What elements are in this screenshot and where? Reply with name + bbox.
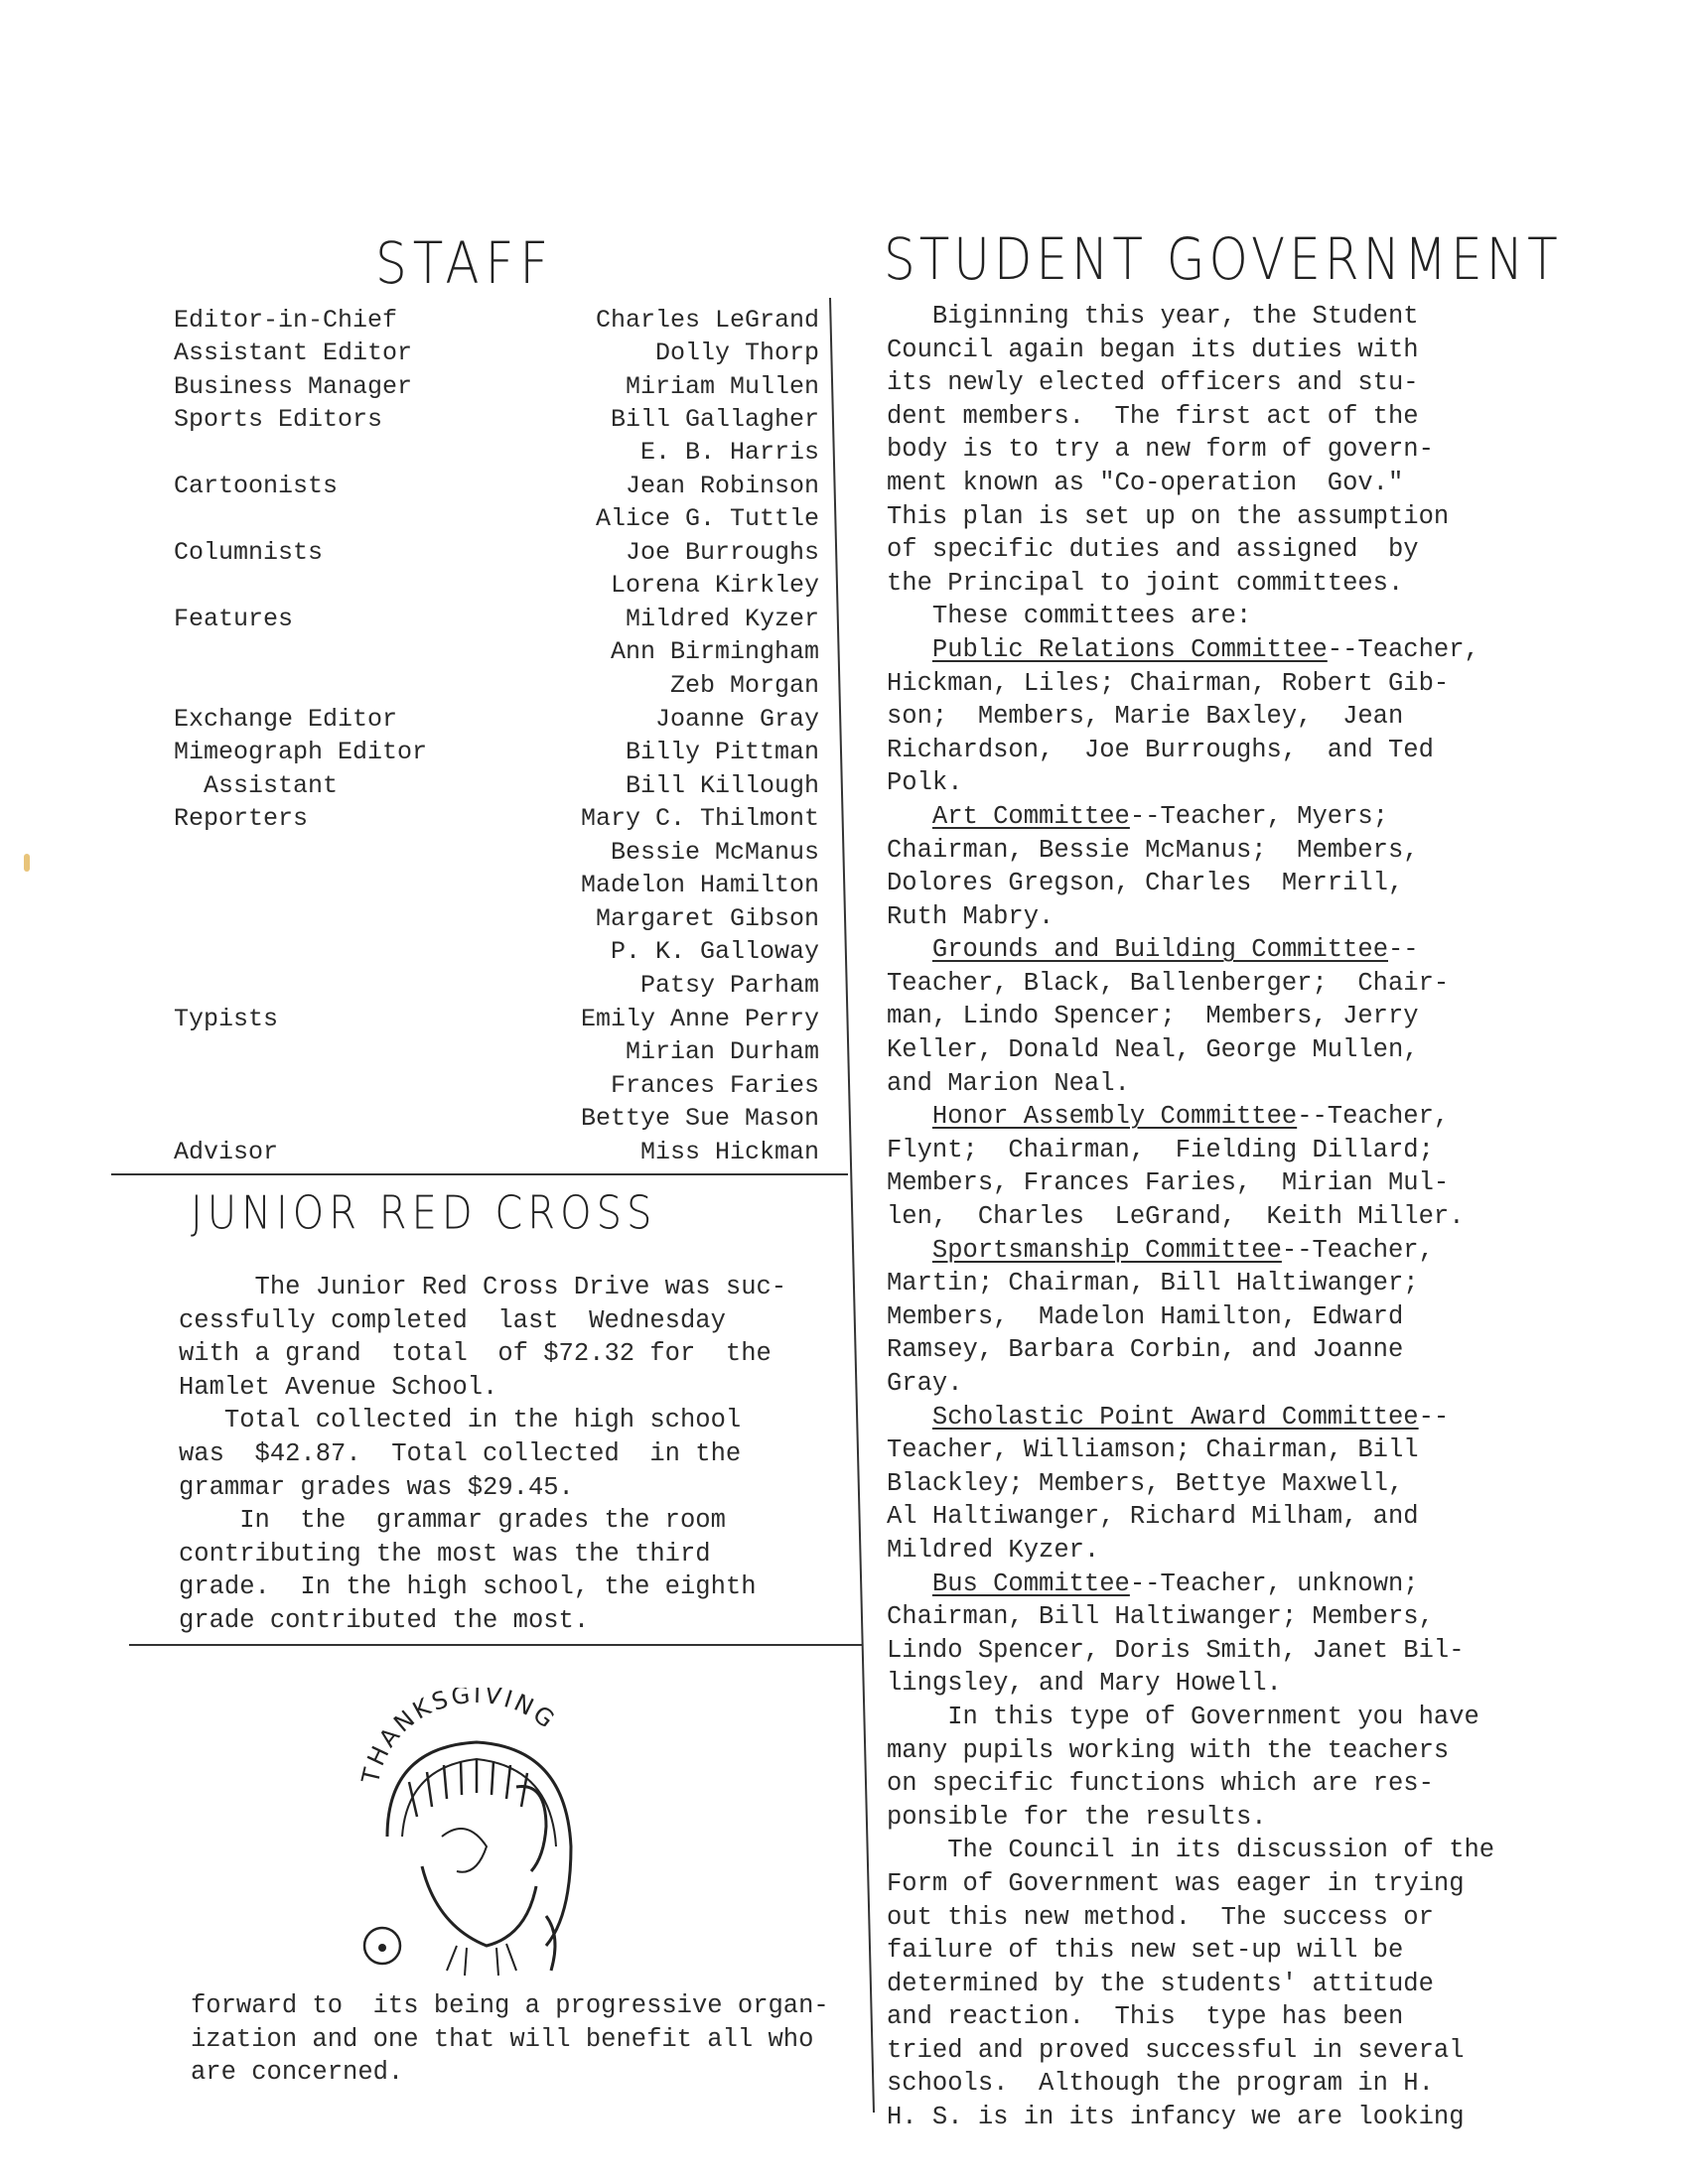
text-line: schools. Although the program in H. [887, 2067, 1494, 2101]
red-cross-article: The Junior Red Cross Drive was suc-cessf… [179, 1271, 786, 1638]
committee-line: Lindo Spencer, Doris Smith, Janet Bil- [887, 1634, 1494, 1668]
text-line: and reaction. This type has been [887, 2000, 1494, 2034]
text-line: ponsible for the results. [887, 1801, 1494, 1835]
committee-line: len, Charles LeGrand, Keith Miller. [887, 1200, 1494, 1234]
text-line: The Council in its discussion of the [887, 1834, 1494, 1867]
text-line: H. S. is in its infancy we are looking [887, 2101, 1494, 2134]
text-line: Biginning this year, the Student [887, 300, 1494, 334]
text-line: tried and proved successful in several [887, 2034, 1494, 2068]
text-line: failure of this new set-up will be [887, 1934, 1494, 1968]
committee-line: Chairman, Bill Haltiwanger; Members, [887, 1600, 1494, 1634]
committee-name: Honor Assembly Committee [932, 1102, 1297, 1131]
text-line: the Principal to joint committees. [887, 567, 1494, 601]
committee-teacher: --Teacher, [1297, 1102, 1449, 1131]
committee-heading-line: Grounds and Building Committee-- [887, 933, 1494, 967]
continuation-text: forward to its being a progressive organ… [191, 1989, 829, 2090]
text-line: was $42.87. Total collected in the [179, 1437, 786, 1471]
committee-teacher: -- [1388, 935, 1419, 964]
committee-line: Keller, Donald Neal, George Mullen, [887, 1033, 1494, 1067]
staff-bottom-rule [111, 1173, 848, 1175]
text-line: grammar grades was $29.45. [179, 1471, 786, 1505]
text-line: Hamlet Avenue School. [179, 1371, 786, 1405]
committee-teacher: --Teacher, [1328, 635, 1479, 664]
committee-name: Bus Committee [932, 1570, 1130, 1598]
text-line: dent members. The first act of the [887, 400, 1494, 434]
text-line: In the grammar grades the room [179, 1504, 786, 1538]
text-line: on specific functions which are res- [887, 1767, 1494, 1801]
text-line: Form of Government was eager in trying [887, 1867, 1494, 1901]
text-line: grade. In the high school, the eighth [179, 1570, 786, 1604]
paper-stain [24, 854, 30, 872]
red-cross-bottom-rule [129, 1644, 862, 1646]
committee-heading-line: Art Committee--Teacher, Myers; [887, 800, 1494, 834]
text-line: Total collected in the high school [179, 1404, 786, 1437]
committee-heading-line: Scholastic Point Award Committee-- [887, 1401, 1494, 1434]
committee-line: Teacher, Black, Ballenberger; Chair- [887, 967, 1494, 1001]
text-line: many pupils working with the teachers [887, 1734, 1494, 1768]
turkey-illustration-icon: THANKSGIVING [348, 1688, 606, 1985]
committee-teacher: -- [1419, 1403, 1450, 1432]
committee-name: Public Relations Committee [932, 635, 1328, 664]
committee-teacher: --Teacher, Myers; [1130, 802, 1388, 831]
committee-name: Sportsmanship Committee [932, 1236, 1282, 1265]
student-government-heading: STUDENT GOVERNMENT [884, 226, 1562, 293]
committee-teacher: --Teacher, [1282, 1236, 1434, 1265]
text-line: are concerned. [191, 2056, 829, 2090]
student-government-article: Biginning this year, the StudentCouncil … [887, 300, 1494, 2134]
committee-line: Chairman, Bessie McManus; Members, [887, 834, 1494, 868]
committee-line: Mildred Kyzer. [887, 1534, 1494, 1568]
committee-heading-line: Public Relations Committee--Teacher, [887, 633, 1494, 667]
text-line: out this new method. The success or [887, 1901, 1494, 1935]
text-line: ization and one that will benefit all wh… [191, 2023, 829, 2057]
committee-heading-line: Bus Committee--Teacher, unknown; [887, 1568, 1494, 1601]
text-line: Council again began its duties with [887, 334, 1494, 367]
committee-line: Gray. [887, 1367, 1494, 1401]
committee-line: Polk. [887, 766, 1494, 800]
text-line: In this type of Government you have [887, 1701, 1494, 1734]
text-line: cessfully completed last Wednesday [179, 1304, 786, 1338]
committee-line: Al Haltiwanger, Richard Milham, and [887, 1500, 1494, 1534]
committee-line: Flynt; Chairman, Fielding Dillard; [887, 1134, 1494, 1167]
committee-line: and Marion Neal. [887, 1067, 1494, 1101]
committee-line: Ramsey, Barbara Corbin, and Joanne [887, 1333, 1494, 1367]
committee-teacher: --Teacher, unknown; [1130, 1570, 1419, 1598]
committee-line: Blackley; Members, Bettye Maxwell, [887, 1467, 1494, 1501]
committee-line: Ruth Mabry. [887, 900, 1494, 934]
committee-heading-line: Honor Assembly Committee--Teacher, [887, 1100, 1494, 1134]
committee-line: man, Lindo Spencer; Members, Jerry [887, 1000, 1494, 1033]
committee-name: Art Committee [932, 802, 1130, 831]
text-line: This plan is set up on the assumption [887, 500, 1494, 534]
text-line: body is to try a new form of govern- [887, 433, 1494, 467]
text-line: determined by the students' attitude [887, 1968, 1494, 2001]
text-line: contributing the most was the third [179, 1538, 786, 1571]
committee-line: Teacher, Williamson; Chairman, Bill [887, 1433, 1494, 1467]
svg-text:THANKSGIVING: THANKSGIVING [356, 1688, 562, 1787]
committee-line: son; Members, Marie Baxley, Jean [887, 700, 1494, 734]
text-line: The Junior Red Cross Drive was suc- [179, 1271, 786, 1304]
committee-heading-line: Sportsmanship Committee--Teacher, [887, 1234, 1494, 1268]
text-line: ment known as "Co-operation Gov." [887, 467, 1494, 500]
committee-line: Members, Frances Faries, Mirian Mul- [887, 1166, 1494, 1200]
text-line: These committees are: [887, 600, 1494, 633]
text-line: with a grand total of $72.32 for the [179, 1337, 786, 1371]
committee-line: lingsley, and Mary Howell. [887, 1667, 1494, 1701]
text-line: grade contributed the most. [179, 1604, 786, 1638]
committee-name: Grounds and Building Committee [932, 935, 1388, 964]
thanksgiving-label: THANKSGIVING [356, 1688, 562, 1787]
text-line: its newly elected officers and stu- [887, 366, 1494, 400]
committee-line: Members, Madelon Hamilton, Edward [887, 1300, 1494, 1334]
text-line: forward to its being a progressive organ… [191, 1989, 829, 2023]
red-cross-heading: JUNIOR RED CROSS [191, 1187, 656, 1240]
text-line: of specific duties and assigned by [887, 533, 1494, 567]
committee-line: Richardson, Joe Burroughs, and Ted [887, 734, 1494, 767]
committee-line: Dolores Gregson, Charles Merrill, [887, 867, 1494, 900]
committee-line: Hickman, Liles; Chairman, Robert Gib- [887, 667, 1494, 701]
committee-name: Scholastic Point Award Committee [932, 1403, 1419, 1432]
committee-line: Martin; Chairman, Bill Haltiwanger; [887, 1267, 1494, 1300]
